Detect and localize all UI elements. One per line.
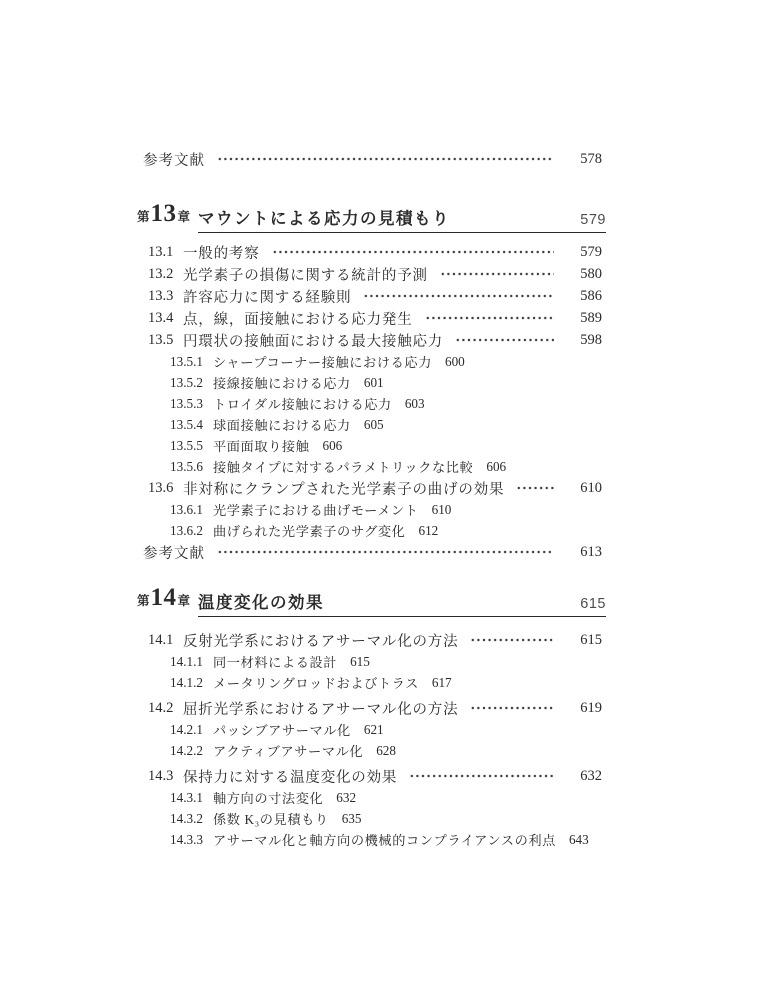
toc-subentry-13-5-4: 13.5.4 球面接触における応力 605	[170, 414, 757, 435]
page-number: 619	[570, 700, 602, 717]
page-number: 605	[364, 417, 384, 433]
section-number: 14.2	[148, 700, 183, 717]
chapter-number: 13	[150, 200, 178, 227]
dot-leader	[272, 241, 555, 263]
toc-subentry-14-3-3: 14.3.3 アサーマル化と軸方向の機械的コンプライアンスの利点 643	[170, 829, 757, 850]
toc-entry-13-3: 13.3 許容応力に関する経験則 586	[148, 285, 602, 307]
toc-subentry-13-5-1: 13.5.1 シャープコーナー接触における応力 600	[170, 351, 757, 372]
toc-subentry-14-1-1: 14.1.1 同一材料による設計 615	[170, 651, 757, 672]
toc-subentry-13-5-5: 13.5.5 平面面取り接触 606	[170, 435, 757, 456]
toc-subentry-14-2-1: 14.2.1 パッシブアサーマル化 621	[170, 719, 757, 740]
subsection-title: 接線接触における応力	[213, 373, 351, 392]
page-number: 615	[570, 632, 602, 649]
section-title: 屈折光学系におけるアサーマル化の方法	[183, 698, 458, 719]
references-label: 参考文献	[143, 542, 205, 563]
page-number: 606	[322, 438, 342, 454]
dot-leader	[409, 765, 554, 787]
subsection-title: アクティブアサーマル化	[213, 741, 363, 760]
subsection-number: 13.5.1	[170, 354, 203, 370]
chapter-14-label: 第14章	[137, 588, 190, 617]
subsection-number: 13.5.5	[170, 438, 203, 454]
references-row-chapter-13: 参考文献 613	[143, 541, 602, 563]
toc-entry-14-2: 14.2 屈折光学系におけるアサーマル化の方法 619	[148, 697, 602, 719]
subsection-number: 14.1.1	[170, 654, 203, 670]
page-number: 613	[570, 544, 602, 561]
subsection-number: 13.5.3	[170, 396, 203, 412]
toc-subentry-13-5-3: 13.5.3 トロイダル接触における応力 603	[170, 393, 757, 414]
toc-page: 参考文献 578 第13章 マウントによる応力の見積もり 579 13.1 一般…	[0, 0, 757, 1000]
subsection-number: 14.2.2	[170, 743, 203, 759]
subsection-number: 14.2.1	[170, 722, 203, 738]
chapter-14-page: 615	[580, 597, 606, 612]
toc-entry-14-1: 14.1 反射光学系におけるアサーマル化の方法 615	[148, 629, 602, 651]
subsection-title: パッシブアサーマル化	[213, 720, 351, 739]
subsection-title: シャープコーナー接触における応力	[213, 352, 432, 371]
subsection-title: 軸方向の寸法変化	[213, 788, 323, 807]
dot-leader	[516, 477, 554, 499]
subsection-number: 14.3.3	[170, 832, 203, 848]
page-number: 580	[570, 266, 602, 283]
dot-leader	[425, 307, 555, 329]
subsection-number: 13.6.1	[170, 502, 203, 518]
subsection-title: 光学素子における曲げモーメント	[213, 500, 419, 519]
section-title: 許容応力に関する経験則	[183, 286, 351, 307]
subsection-title: 平面面取り接触	[213, 436, 310, 455]
dot-leader	[217, 148, 554, 170]
section-title: 一般的考察	[183, 242, 260, 263]
subsection-number: 13.6.2	[170, 523, 203, 539]
toc-entry-13-1: 13.1 一般的考察 579	[148, 241, 602, 263]
dot-leader	[363, 285, 554, 307]
chapter-14-title: 温度変化の効果	[198, 595, 324, 612]
subsection-number: 13.5.6	[170, 459, 203, 475]
page-number: 617	[432, 675, 452, 691]
toc-subentry-13-5-6: 13.5.6 接触タイプに対するパラメトリックな比較 606	[170, 456, 757, 477]
subsection-title: 球面接触における応力	[213, 415, 351, 434]
chapter-prefix: 第	[137, 210, 150, 224]
section-number: 14.3	[148, 768, 183, 785]
chapter-14-rule: 温度変化の効果 615	[198, 595, 606, 618]
subsection-number: 14.3.2	[170, 811, 203, 827]
chapter-13-title: マウントによる応力の見積もり	[198, 211, 450, 228]
page-number: 603	[405, 396, 425, 412]
section-number: 13.2	[148, 266, 183, 283]
chapter-suffix: 章	[178, 210, 191, 224]
section-number: 13.4	[148, 310, 183, 327]
section-title: 反射光学系におけるアサーマル化の方法	[183, 630, 458, 651]
subsection-number: 13.5.4	[170, 417, 203, 433]
subsection-number: 14.3.1	[170, 790, 203, 806]
section-title: 点，線，面接触における応力発生	[183, 308, 413, 329]
page-number: 621	[364, 722, 384, 738]
page-number: 643	[569, 832, 589, 848]
dot-leader	[217, 541, 554, 563]
page-number: 579	[570, 244, 602, 261]
page-number: 606	[486, 459, 506, 475]
dot-leader	[455, 329, 554, 351]
toc-subentry-13-6-2: 13.6.2 曲げられた光学素子のサグ変化 612	[170, 520, 757, 541]
section-title: 光学素子の損傷に関する統計的予測	[183, 264, 428, 285]
page-number: 589	[570, 310, 602, 327]
chapter-13-heading: 第13章 マウントによる応力の見積もり 579	[137, 203, 606, 233]
toc-entry-13-4: 13.4 点，線，面接触における応力発生 589	[148, 307, 602, 329]
page-number: 600	[445, 354, 465, 370]
toc-entry-13-2: 13.2 光学素子の損傷に関する統計的予測 580	[148, 263, 602, 285]
chapter-13-label: 第13章	[137, 204, 190, 233]
subsection-title: 係数 K₃の見積もり	[213, 809, 329, 828]
toc-subentry-14-1-2: 14.1.2 メータリングロッドおよびトラス 617	[170, 672, 757, 693]
subsection-title: 曲げられた光学素子のサグ変化	[213, 521, 406, 540]
page-number: 601	[364, 375, 384, 391]
page-number: 598	[570, 332, 602, 349]
subsection-title: アサーマル化と軸方向の機械的コンプライアンスの利点	[213, 830, 556, 849]
subsection-title: 同一材料による設計	[213, 652, 337, 671]
section-title: 円環状の接触面における最大接触応力	[183, 330, 443, 351]
table-of-contents: 参考文献 578 第13章 マウントによる応力の見積もり 579 13.1 一般…	[0, 0, 757, 850]
page-number: 586	[570, 288, 602, 305]
page-number: 615	[350, 654, 370, 670]
chapter-number: 14	[150, 584, 178, 611]
section-title: 保持力に対する温度変化の効果	[183, 766, 397, 787]
subsection-title: メータリングロッドおよびトラス	[213, 673, 419, 692]
subsection-title: 接触タイプに対するパラメトリックな比較	[213, 457, 473, 476]
dot-leader	[440, 263, 554, 285]
toc-entry-13-6: 13.6 非対称にクランプされた光学素子の曲げの効果 610	[148, 477, 602, 499]
page-number: 612	[418, 523, 438, 539]
page-number: 578	[570, 151, 602, 168]
section-number: 13.3	[148, 288, 183, 305]
references-label: 参考文献	[143, 149, 205, 170]
section-title: 非対称にクランプされた光学素子の曲げの効果	[183, 478, 504, 499]
toc-subentry-14-2-2: 14.2.2 アクティブアサーマル化 628	[170, 740, 757, 761]
dot-leader	[470, 629, 554, 651]
section-number: 14.1	[148, 632, 183, 649]
chapter-13-rule: マウントによる応力の見積もり 579	[198, 211, 606, 234]
toc-subentry-14-3-2: 14.3.2 係数 K₃の見積もり 635	[170, 808, 757, 829]
page-number: 610	[432, 502, 452, 518]
references-row-prev-chapter: 参考文献 578	[143, 148, 602, 170]
section-number: 13.1	[148, 244, 183, 261]
chapter-13-page: 579	[580, 213, 606, 228]
chapter-14-heading: 第14章 温度変化の効果 615	[137, 587, 606, 617]
dot-leader	[470, 697, 554, 719]
subsection-number: 14.1.2	[170, 675, 203, 691]
page-number: 635	[342, 811, 362, 827]
toc-subentry-13-5-2: 13.5.2 接線接触における応力 601	[170, 372, 757, 393]
chapter-prefix: 第	[137, 594, 150, 608]
toc-entry-13-5: 13.5 円環状の接触面における最大接触応力 598	[148, 329, 602, 351]
section-number: 13.6	[148, 480, 183, 497]
chapter-suffix: 章	[178, 594, 191, 608]
page-number: 628	[376, 743, 396, 759]
page-number: 632	[570, 768, 602, 785]
page-number: 632	[336, 790, 356, 806]
toc-entry-14-3: 14.3 保持力に対する温度変化の効果 632	[148, 765, 602, 787]
subsection-number: 13.5.2	[170, 375, 203, 391]
section-number: 13.5	[148, 332, 183, 349]
subsection-title: トロイダル接触における応力	[213, 394, 392, 413]
page-number: 610	[570, 480, 602, 497]
toc-subentry-13-6-1: 13.6.1 光学素子における曲げモーメント 610	[170, 499, 757, 520]
toc-subentry-14-3-1: 14.3.1 軸方向の寸法変化 632	[170, 787, 757, 808]
